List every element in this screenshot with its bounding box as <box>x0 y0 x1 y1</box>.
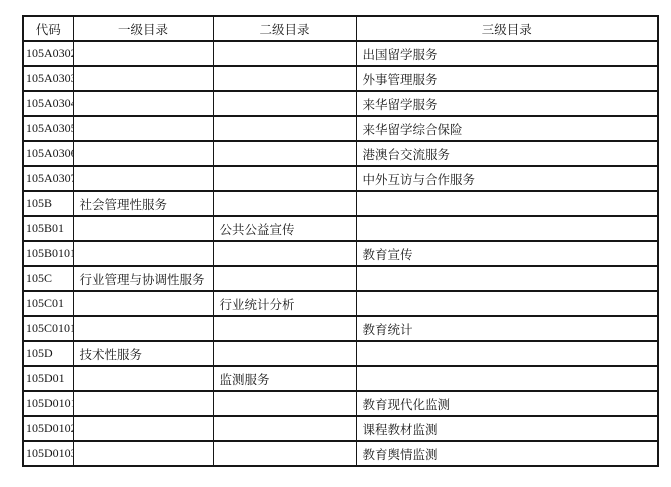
code-cell: 105A0302 <box>23 41 73 66</box>
table-row: 105A0302出国留学服务 <box>23 41 658 66</box>
code-cell: 105B01 <box>23 216 73 241</box>
catalog-cell: 公共公益宣传 <box>213 216 356 241</box>
catalog-cell <box>73 116 213 141</box>
catalog-cell <box>356 366 658 391</box>
catalog-cell: 教育宣传 <box>356 241 658 266</box>
column-header: 一级目录 <box>73 16 213 41</box>
catalog-cell <box>213 416 356 441</box>
catalog-cell <box>356 191 658 216</box>
catalog-cell <box>213 441 356 466</box>
catalog-cell <box>213 341 356 366</box>
code-cell: 105B <box>23 191 73 216</box>
code-cell: 105C0101 <box>23 316 73 341</box>
catalog-cell <box>73 41 213 66</box>
catalog-cell: 出国留学服务 <box>356 41 658 66</box>
table-body: 105A0302出国留学服务105A0303外事管理服务105A0304来华留学… <box>23 41 658 466</box>
catalog-cell: 中外互访与合作服务 <box>356 166 658 191</box>
code-cell: 105A0306 <box>23 141 73 166</box>
catalog-cell <box>213 116 356 141</box>
catalog-cell <box>213 266 356 291</box>
catalog-cell: 外事管理服务 <box>356 66 658 91</box>
catalog-cell <box>356 216 658 241</box>
catalog-table: 代码一级目录二级目录三级目录 105A0302出国留学服务105A0303外事管… <box>22 15 659 467</box>
catalog-cell <box>73 241 213 266</box>
catalog-cell <box>213 166 356 191</box>
table-row: 105C0101教育统计 <box>23 316 658 341</box>
catalog-cell <box>356 266 658 291</box>
catalog-cell <box>73 391 213 416</box>
catalog-cell <box>73 291 213 316</box>
catalog-cell <box>356 291 658 316</box>
code-cell: 105D0103 <box>23 441 73 466</box>
table-row: 105A0307中外互访与合作服务 <box>23 166 658 191</box>
catalog-cell: 行业统计分析 <box>213 291 356 316</box>
catalog-cell <box>73 441 213 466</box>
catalog-cell <box>73 91 213 116</box>
catalog-cell <box>213 66 356 91</box>
catalog-cell <box>213 141 356 166</box>
catalog-cell <box>213 316 356 341</box>
table-row: 105A0306港澳台交流服务 <box>23 141 658 166</box>
catalog-cell <box>213 41 356 66</box>
catalog-cell: 课程教材监测 <box>356 416 658 441</box>
code-cell: 105C <box>23 266 73 291</box>
catalog-cell: 教育现代化监测 <box>356 391 658 416</box>
catalog-cell: 监测服务 <box>213 366 356 391</box>
table-header: 代码一级目录二级目录三级目录 <box>23 16 658 41</box>
code-cell: 105A0303 <box>23 66 73 91</box>
column-header: 三级目录 <box>356 16 658 41</box>
catalog-cell <box>73 316 213 341</box>
table-row: 105D0103教育舆情监测 <box>23 441 658 466</box>
catalog-cell <box>73 416 213 441</box>
code-cell: 105A0305 <box>23 116 73 141</box>
catalog-cell: 行业管理与协调性服务 <box>73 266 213 291</box>
code-cell: 105A0304 <box>23 91 73 116</box>
document-page: 代码一级目录二级目录三级目录 105A0302出国留学服务105A0303外事管… <box>0 0 671 487</box>
catalog-cell: 来华留学服务 <box>356 91 658 116</box>
code-cell: 105D0102 <box>23 416 73 441</box>
column-header: 代码 <box>23 16 73 41</box>
table-row: 105B0101教育宣传 <box>23 241 658 266</box>
catalog-cell <box>213 91 356 116</box>
column-header: 二级目录 <box>213 16 356 41</box>
catalog-cell <box>213 391 356 416</box>
code-cell: 105D01 <box>23 366 73 391</box>
table-row: 105C01行业统计分析 <box>23 291 658 316</box>
table-row: 105C行业管理与协调性服务 <box>23 266 658 291</box>
table-row: 105A0303外事管理服务 <box>23 66 658 91</box>
table-row: 105B社会管理性服务 <box>23 191 658 216</box>
catalog-cell <box>213 191 356 216</box>
catalog-cell <box>356 341 658 366</box>
table-row: 105A0305来华留学综合保险 <box>23 116 658 141</box>
code-cell: 105B0101 <box>23 241 73 266</box>
catalog-cell: 技术性服务 <box>73 341 213 366</box>
table-row: 105D技术性服务 <box>23 341 658 366</box>
header-row: 代码一级目录二级目录三级目录 <box>23 16 658 41</box>
code-cell: 105D <box>23 341 73 366</box>
catalog-cell: 港澳台交流服务 <box>356 141 658 166</box>
code-cell: 105C01 <box>23 291 73 316</box>
table-row: 105B01公共公益宣传 <box>23 216 658 241</box>
code-cell: 105A0307 <box>23 166 73 191</box>
catalog-cell <box>73 216 213 241</box>
table-row: 105D01监测服务 <box>23 366 658 391</box>
catalog-cell <box>73 166 213 191</box>
catalog-cell <box>73 66 213 91</box>
table-row: 105A0304来华留学服务 <box>23 91 658 116</box>
catalog-cell: 教育统计 <box>356 316 658 341</box>
code-cell: 105D0101 <box>23 391 73 416</box>
catalog-cell: 教育舆情监测 <box>356 441 658 466</box>
table-row: 105D0102课程教材监测 <box>23 416 658 441</box>
catalog-cell: 来华留学综合保险 <box>356 116 658 141</box>
catalog-cell: 社会管理性服务 <box>73 191 213 216</box>
catalog-cell <box>213 241 356 266</box>
catalog-cell <box>73 141 213 166</box>
catalog-cell <box>73 366 213 391</box>
table-row: 105D0101教育现代化监测 <box>23 391 658 416</box>
